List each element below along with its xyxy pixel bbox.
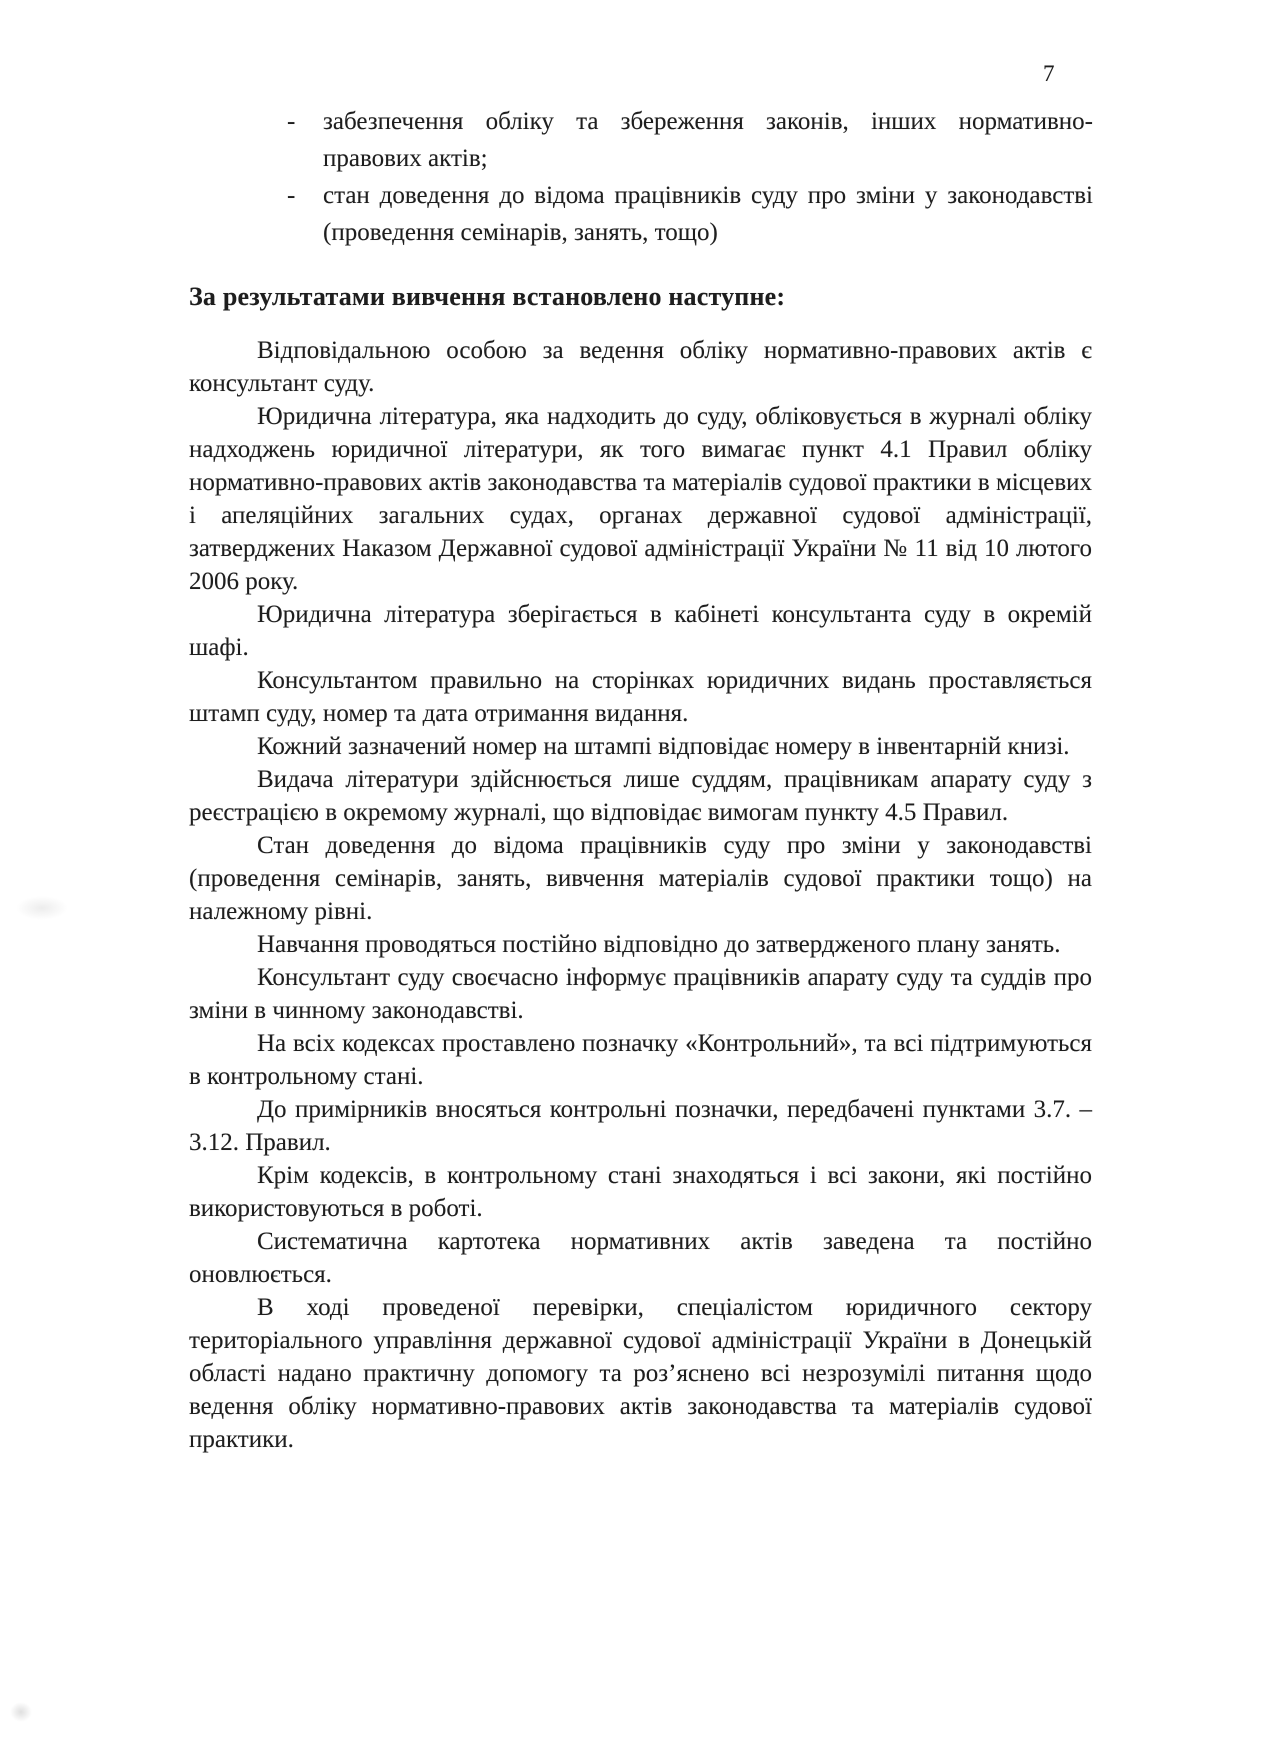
- section-heading: За результатами вивчення встановлено нас…: [189, 280, 1092, 313]
- document-page: 7 - забезпечення обліку та збереження за…: [0, 0, 1275, 1755]
- bullet-item-text: забезпечення обліку та збереження законі…: [323, 103, 1093, 177]
- bullet-item-text: стан доведення до відома працівників суд…: [323, 177, 1093, 251]
- paragraph: Крім кодексів, в контрольному стані знах…: [189, 1159, 1092, 1225]
- paragraph: Відповідальною особою за ведення обліку …: [189, 334, 1092, 400]
- paragraph: На всіх кодексах проставлено позначку «К…: [189, 1027, 1092, 1093]
- list-item: - забезпечення обліку та збереження зако…: [287, 103, 1093, 177]
- paragraph: Консультантом правильно на сторінках юри…: [189, 664, 1092, 730]
- scan-smudge: [10, 1702, 32, 1722]
- paragraph: Кожний зазначений номер на штампі відпов…: [189, 730, 1092, 763]
- paragraph: Стан доведення до відома працівників суд…: [189, 829, 1092, 928]
- scan-smudge: [16, 896, 68, 920]
- page-number: 7: [1043, 60, 1055, 88]
- paragraph: До примірників вносяться контрольні позн…: [189, 1093, 1092, 1159]
- bullet-dash: -: [287, 177, 323, 214]
- paragraph: В ході проведеної перевірки, спеціалісто…: [189, 1291, 1092, 1456]
- paragraph: Систематична картотека нормативних актів…: [189, 1225, 1092, 1291]
- list-item: - стан доведення до відома працівників с…: [287, 177, 1093, 251]
- paragraph: Юридична література зберігається в кабін…: [189, 598, 1092, 664]
- paragraph: Видача літератури здійснюється лише судд…: [189, 763, 1092, 829]
- bullet-dash: -: [287, 103, 323, 140]
- paragraph: Юридична література, яка надходить до су…: [189, 400, 1092, 598]
- document-body: Відповідальною особою за ведення обліку …: [189, 334, 1092, 1456]
- paragraph: Навчання проводяться постійно відповідно…: [189, 928, 1092, 961]
- bullet-list: - забезпечення обліку та збереження зако…: [287, 103, 1093, 251]
- paragraph: Консультант суду своєчасно інформує прац…: [189, 961, 1092, 1027]
